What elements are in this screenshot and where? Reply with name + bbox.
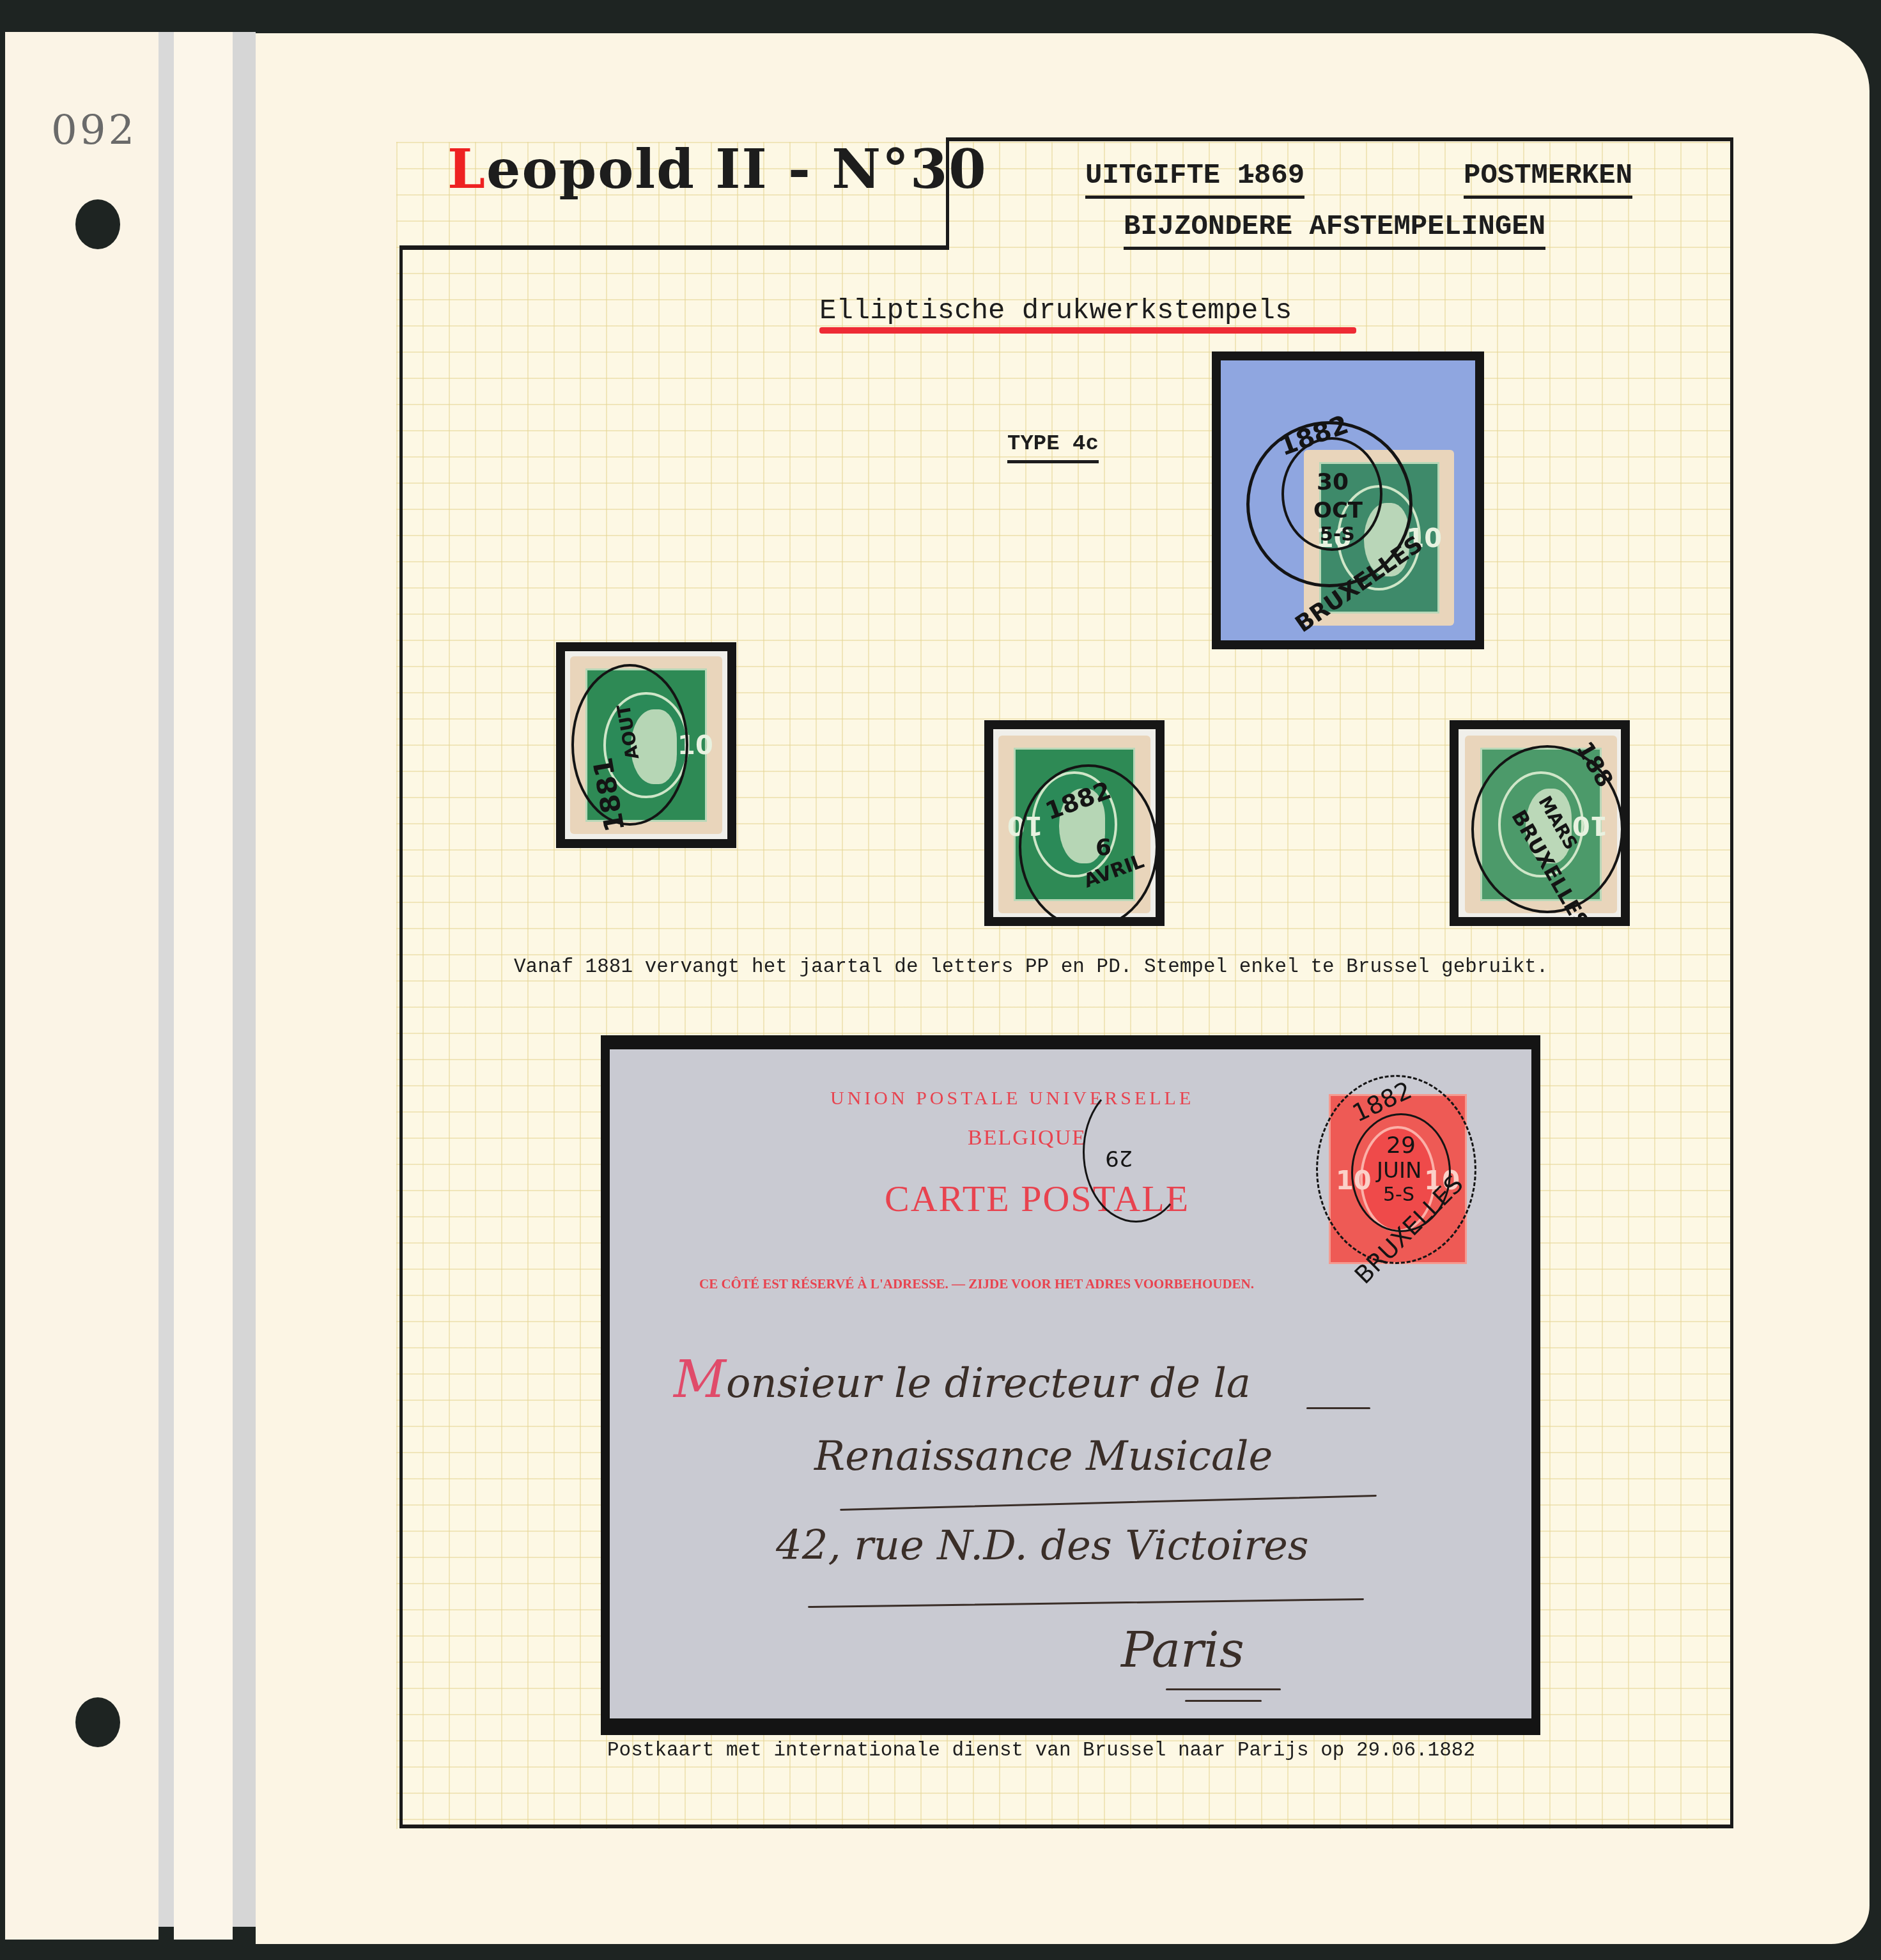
stamp-mount-4: 10 188 MARS BRUXELLES [1450,720,1630,926]
punch-hole-bottom [75,1697,120,1747]
frame-line [946,137,1733,141]
frame-line [399,1825,1733,1828]
binder-gap [159,32,174,1927]
address-line-3: 42, rue N.D. des Victoires [776,1522,1309,1570]
page-number: 092 [51,107,137,155]
section-underline [819,327,1356,334]
page-title: Leopold II - N°30 [447,137,987,201]
address-line-4: Paris [1121,1621,1244,1678]
address-line-2: Renaissance Musicale [814,1433,1273,1480]
stamp-mount-3: 10 1882 6 AVRIL [984,720,1165,926]
postcard-country: BELGIQUE [968,1126,1087,1150]
title-text: eopold II - [486,137,832,201]
stamp-mount-1: 10 10 1882 30 OCT 5-S BRUXELLES [1212,351,1484,649]
postcard-caption: Postkaart met internationale dienst van … [607,1740,1475,1762]
address-line-1: onsieur le directeur de la [726,1360,1251,1407]
header-category: POSTMERKEN [1464,160,1632,199]
section-title: Elliptische drukwerkstempels [819,295,1292,327]
header-dash: - [1099,160,1400,192]
binder-strip [5,32,159,1940]
binder-strip [174,32,233,1940]
postcard-address-notice: CE CÔTÉ EST RÉSERVÉ À L'ADRESSE. — ZIJDE… [699,1276,1254,1292]
binder-gap [233,32,256,1927]
postcard-mount: UNION POSTALE UNIVERSELLE BELGIQUE CARTE… [601,1035,1540,1735]
cover-piece: 10 10 1882 30 OCT 5-S BRUXELLES [1221,360,1475,640]
header-subtitle: BIJZONDERE AFSTEMPELINGEN [1124,211,1545,250]
title-initial: L [447,137,486,201]
title-number: N°30 [832,137,987,201]
stamps-caption: Vanaf 1881 vervangt het jaartal de lette… [514,956,1548,978]
frame-line [1730,137,1733,1826]
type-label: TYPE 4c [1007,432,1099,463]
punch-hole-top [75,199,120,249]
arrival-postmark [1083,1081,1189,1223]
postcard: UNION POSTALE UNIVERSELLE BELGIQUE CARTE… [610,1049,1531,1718]
frame-line [399,245,403,1826]
stamp-mount-2: 10 1881 AOUT [556,642,736,848]
frame-line [399,245,949,250]
